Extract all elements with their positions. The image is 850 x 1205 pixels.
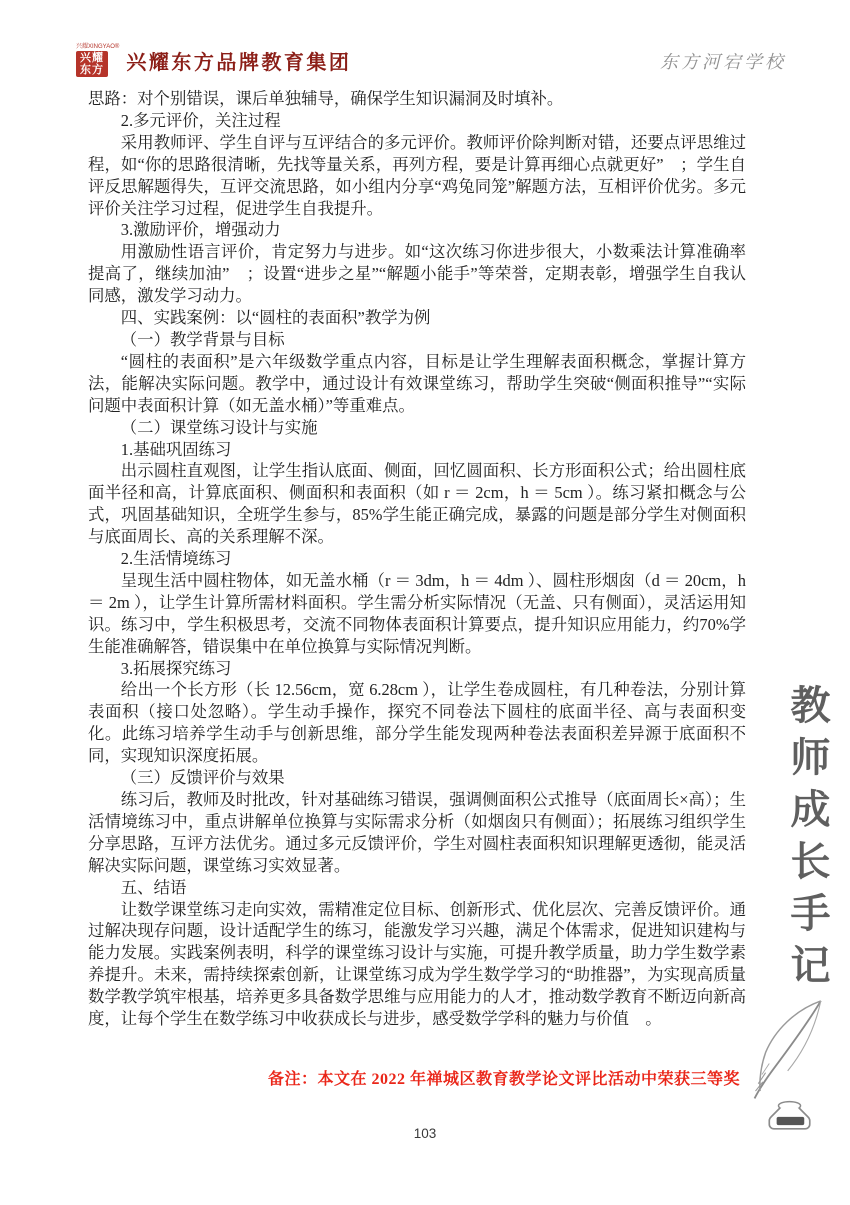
paragraph: 3.激励评价，增强动力 [88,219,746,241]
paragraph: 3.拓展探究练习 [88,658,746,680]
brand-title: 兴耀东方品牌教育集团 [126,46,351,77]
logo-tiny-label: 兴耀XINGYAO® [76,44,119,51]
logo-seal-icon: 兴耀东方 [76,51,108,77]
paragraph: 2.多元评价，关注过程 [88,110,746,132]
paragraph: 呈现生活中圆柱物体，如无盖水桶（r ＝ 3dm，h ＝ 4dm ）、圆柱形烟囱（… [88,570,746,658]
paragraph: 采用教师评、学生自评与互评结合的多元评价。教师评价除判断对错，还要点评思维过程，… [88,132,746,220]
paragraph: 用激励性语言评价，肯定努力与进步。如“这次练习你进步很大，小数乘法计算准确率提高… [88,241,746,307]
paragraph: 四、实践案例：以“圆柱的表面积”教学为例 [88,307,746,329]
award-note: 备注：本文在 2022 年禅城区教育教学论文评比活动中荣获三等奖 [88,1066,740,1089]
quill-and-ink-icon [738,994,830,1144]
paragraph: “圆柱的表面积”是六年级数学重点内容，目标是让学生理解表面积概念，掌握计算方法，… [88,351,746,417]
vertical-calligraphy-title: 教师成长手记 [779,684,836,1004]
paragraph: 出示圆柱直观图，让学生指认底面、侧面，回忆圆面积、长方形面积公式；给出圆柱底面半… [88,460,746,548]
page-number: 103 [0,1126,850,1141]
paragraph: 五、结语 [88,877,746,899]
page-header: 兴耀XINGYAO® 兴耀东方 兴耀东方品牌教育集团 东方河宕学校 [76,44,786,77]
paragraph: 思路：对个别错误，课后单独辅导，确保学生知识漏洞及时填补。 [88,88,746,110]
paragraph: 练习后，教师及时批改，针对基础练习错误，强调侧面积公式推导（底面周长×高）；生活… [88,789,746,877]
brand-block: 兴耀XINGYAO® 兴耀东方 兴耀东方品牌教育集团 [76,44,351,77]
company-logo: 兴耀XINGYAO® 兴耀东方 [76,44,119,77]
paragraph: 给出一个长方形（长 12.56cm，宽 6.28cm ），让学生卷成圆柱，有几种… [88,679,746,767]
paragraph: 让数学课堂练习走向实效，需精准定位目标、创新形式、优化层次、完善反馈评价。通过解… [88,899,746,1030]
paragraph: 1.基础巩固练习 [88,439,746,461]
paragraph: （三）反馈评价与效果 [88,767,746,789]
school-name: 东方河宕学校 [660,48,786,77]
body-paragraphs: 思路：对个别错误，课后单独辅导，确保学生知识漏洞及时填补。2.多元评价，关注过程… [88,88,746,1030]
paragraph: （一）教学背景与目标 [88,329,746,351]
paragraph: 2.生活情境练习 [88,548,746,570]
paragraph: （二）课堂练习设计与实施 [88,417,746,439]
document-page: 兴耀XINGYAO® 兴耀东方 兴耀东方品牌教育集团 东方河宕学校 思路：对个别… [0,0,850,1205]
